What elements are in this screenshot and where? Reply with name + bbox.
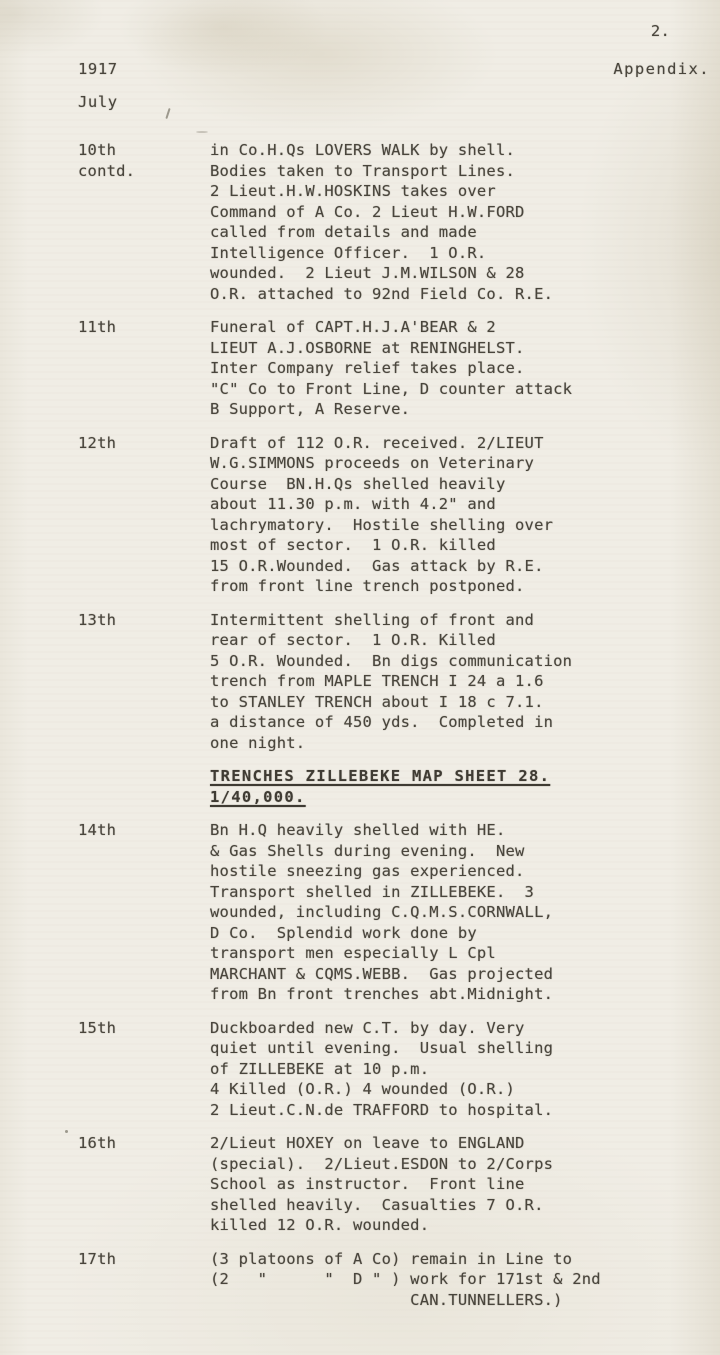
diary-entry-13th: 13th Intermittent shelling of front and … [0, 610, 720, 754]
map-heading-line1-text: TRENCHES ZILLEBEKE MAP SHEET 28. [210, 767, 550, 785]
diary-entry-10th: 10th contd. in Co.H.Qs LOVERS WALK by sh… [0, 140, 720, 304]
page-number: 2. [651, 22, 670, 40]
entry-text: Duckboarded new C.T. by day. Very quiet … [210, 1018, 720, 1121]
diary-entries: 10th contd. in Co.H.Qs LOVERS WALK by sh… [0, 140, 720, 1323]
month-label: July [78, 93, 118, 111]
entry-text: Intermittent shelling of front and rear … [210, 610, 720, 754]
entry-date: 17th [0, 1249, 210, 1311]
diary-entry-14th: 14th Bn H.Q heavily shelled with HE. & G… [0, 820, 720, 1005]
diary-entry-17th: 17th (3 platoons of A Co) remain in Line… [0, 1249, 720, 1311]
map-heading-line1: TRENCHES ZILLEBEKE MAP SHEET 28. [210, 766, 720, 787]
entry-text: Funeral of CAPT.H.J.A'BEAR & 2 LIEUT A.J… [210, 317, 720, 420]
entry-date: 10th contd. [0, 140, 210, 304]
paper-speck [196, 131, 208, 133]
map-heading-line2-text: 1/40,000. [210, 788, 306, 806]
map-heading-line2: 1/40,000. [210, 787, 720, 808]
diary-entry-12th: 12th Draft of 112 O.R. received. 2/LIEUT… [0, 433, 720, 597]
year-label: 1917 [78, 60, 118, 78]
entry-text: Draft of 112 O.R. received. 2/LIEUT W.G.… [210, 433, 720, 597]
appendix-label: Appendix. [613, 60, 710, 78]
diary-page: 2. 1917 Appendix. July 10th contd. in Co… [0, 0, 720, 1355]
map-heading: TRENCHES ZILLEBEKE MAP SHEET 28. 1/40,00… [210, 766, 720, 807]
entry-date: 14th [0, 820, 210, 1005]
entry-date: 13th [0, 610, 210, 754]
entry-date: 16th [0, 1133, 210, 1236]
entry-text: (3 platoons of A Co) remain in Line to (… [210, 1249, 720, 1311]
diary-entry-15th: 15th Duckboarded new C.T. by day. Very q… [0, 1018, 720, 1121]
entry-date: 15th [0, 1018, 210, 1121]
entry-text: 2/Lieut HOXEY on leave to ENGLAND (speci… [210, 1133, 720, 1236]
diary-entry-11th: 11th Funeral of CAPT.H.J.A'BEAR & 2 LIEU… [0, 317, 720, 420]
entry-text: in Co.H.Qs LOVERS WALK by shell. Bodies … [210, 140, 720, 304]
entry-date: 11th [0, 317, 210, 420]
diary-entry-16th: 16th 2/Lieut HOXEY on leave to ENGLAND (… [0, 1133, 720, 1236]
entry-text: Bn H.Q heavily shelled with HE. & Gas Sh… [210, 820, 720, 1005]
entry-date: 12th [0, 433, 210, 597]
paper-speck [165, 108, 170, 119]
